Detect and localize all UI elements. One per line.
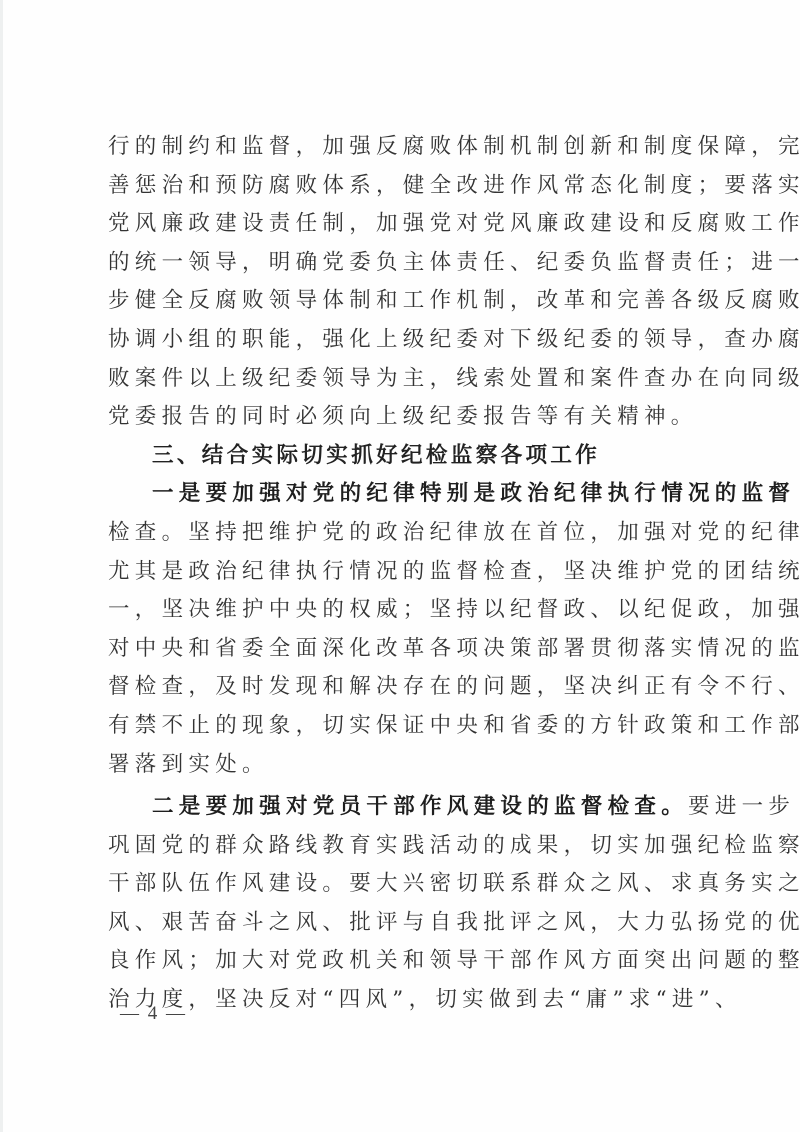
item-two-lead-rest: 要进一步 [688, 794, 795, 819]
text-line: 的统一领导，明确党委负主体责任、纪委负监督责任；进一 [108, 244, 694, 283]
text-line: 党委报告的同时必须向上级纪委报告等有关精神。 [108, 398, 694, 437]
text-line: 善惩治和预防腐败体系，健全改进作风常态化制度；要落实 [108, 167, 694, 206]
text-line: 检查。坚持把维护党的政治纪律放在首位，加强对党的纪律 [108, 514, 694, 553]
text-line: 败案件以上级纪委领导为主，线索处置和案件查办在向同级 [108, 360, 694, 399]
text-line: 督检查，及时发现和解决存在的问题，坚决纠正有令不行、 [108, 668, 694, 707]
section-heading: 三、结合实际切实抓好纪检监察各项工作 [108, 437, 694, 476]
text-line: 风、艰苦奋斗之风、批评与自我批评之风，大力弘扬党的优 [108, 904, 694, 943]
text-line: 巩固党的群众路线教育实践活动的成果，切实加强纪检监察 [108, 827, 694, 866]
item-two-lead-line: 二是要加强对党员干部作风建设的监督检查。要进一步 [108, 788, 694, 827]
text-line: 干部队伍作风建设。要大兴密切联系群众之风、求真务实之 [108, 865, 694, 904]
text-line: 有禁不止的现象，切实保证中央和省委的方针政策和工作部 [108, 707, 694, 746]
body-text: 行的制约和监督，加强反腐败体制机制创新和制度保障，完 善惩治和预防腐败体系，健全… [108, 128, 694, 1020]
text-line: 良作风；加大对党政机关和领导干部作风方面突出问题的整 [108, 942, 694, 981]
text-line: 一，坚决维护中央的权威；坚持以纪督政、以纪促政，加强 [108, 591, 694, 630]
text-line: 步健全反腐败领导体制和工作机制，改革和完善各级反腐败 [108, 282, 694, 321]
text-line: 行的制约和监督，加强反腐败体制机制创新和制度保障，完 [108, 128, 694, 167]
text-line: 尤其是政治纪律执行情况的监督检查，坚决维护党的团结统 [108, 553, 694, 592]
text-line: 对中央和省委全面深化改革各项决策部署贯彻落实情况的监 [108, 630, 694, 669]
document-page: 行的制约和监督，加强反腐败体制机制创新和制度保障，完 善惩治和预防腐败体系，健全… [0, 0, 800, 1132]
text-line: 协调小组的职能，强化上级纪委对下级纪委的领导，查办腐 [108, 321, 694, 360]
item-two-lead: 二是要加强对党员干部作风建设的监督检查。 [152, 794, 688, 819]
item-one-lead-line: 一是要加强对党的纪律特别是政治纪律执行情况的监督 [108, 475, 694, 514]
text-line: 署落到实处。 [108, 746, 694, 785]
item-one-lead: 一是要加强对党的纪律特别是政治纪律执行情况的监督 [152, 481, 795, 506]
text-line: 治力度，坚决反对“四风”，切实做到去“庸”求“进”、 [108, 981, 694, 1020]
text-line: 党风廉政建设责任制，加强党对党风廉政建设和反腐败工作 [108, 205, 694, 244]
page-edge [0, 0, 3, 1132]
page-number: — 4 — [120, 1003, 187, 1025]
